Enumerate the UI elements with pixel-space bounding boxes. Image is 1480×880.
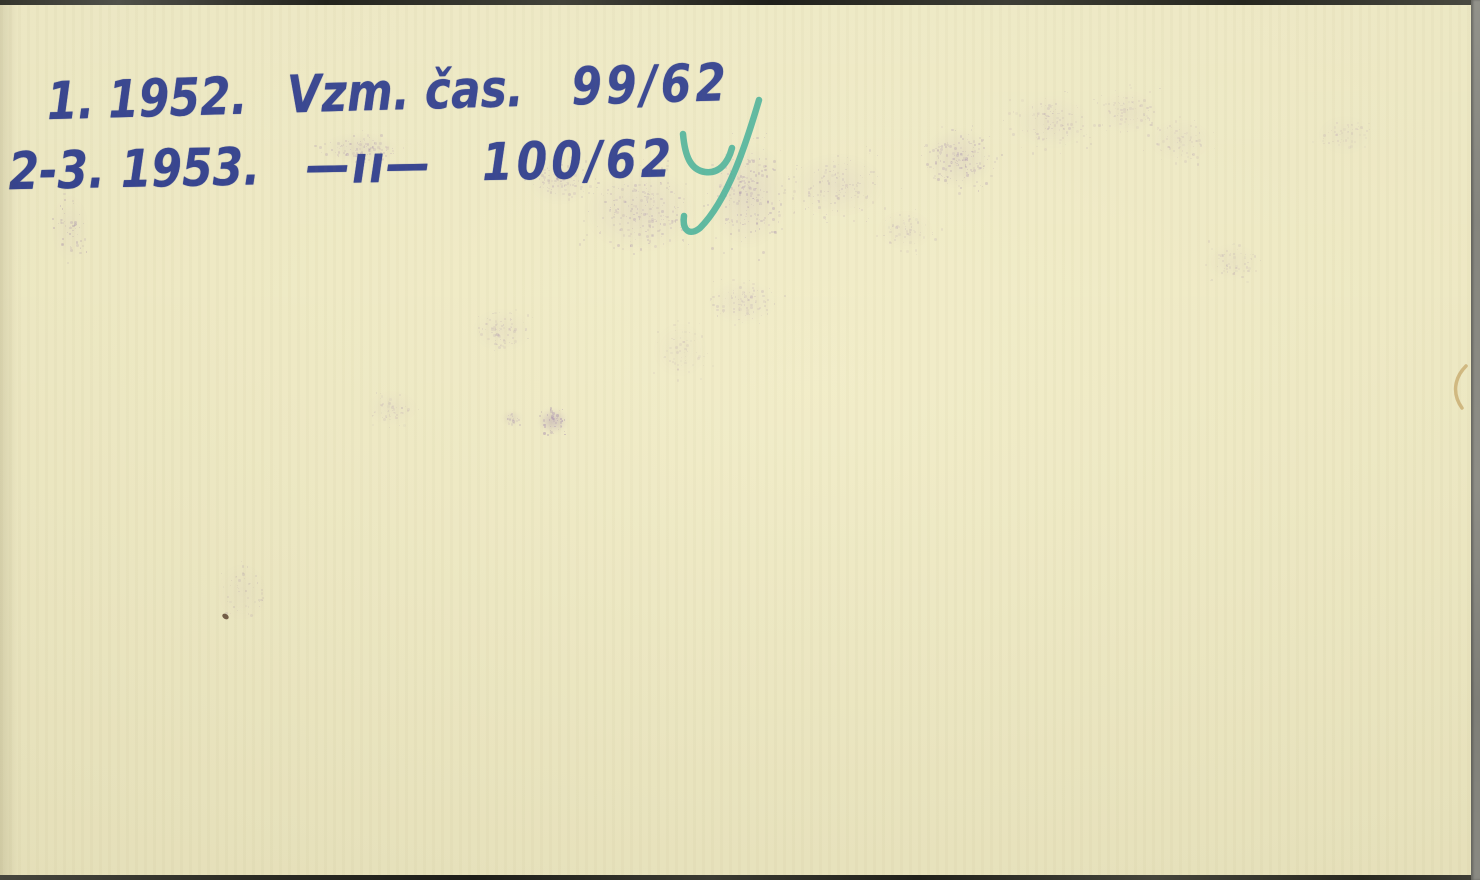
entry2-reference: 100/62: [481, 129, 675, 193]
bottom-edge-line: [0, 875, 1480, 880]
top-edge-line: [0, 0, 1480, 5]
edge-fiber-mark: [1446, 362, 1472, 412]
right-scan-strip: [1471, 0, 1480, 880]
teal-check-mark: [660, 94, 770, 252]
entry2-year: 1953.: [120, 137, 260, 200]
entry1-reference: 99/62: [571, 53, 731, 118]
entry1-year: 1952.: [107, 66, 248, 130]
entry2-ditto-mark: —ıı—: [305, 134, 432, 197]
handwritten-entry-2: 2-3. 1953. —ıı— 100/62: [8, 129, 676, 202]
entry1-source: Vzm. čas.: [286, 59, 524, 126]
scanned-card: 1. 1952. Vzm. čas. 99/62 2-3. 1953. —ıı—…: [0, 0, 1480, 880]
entry2-number: 2-3.: [8, 140, 105, 202]
left-edge-shade: [0, 0, 18, 880]
entry1-number: 1.: [46, 71, 95, 132]
